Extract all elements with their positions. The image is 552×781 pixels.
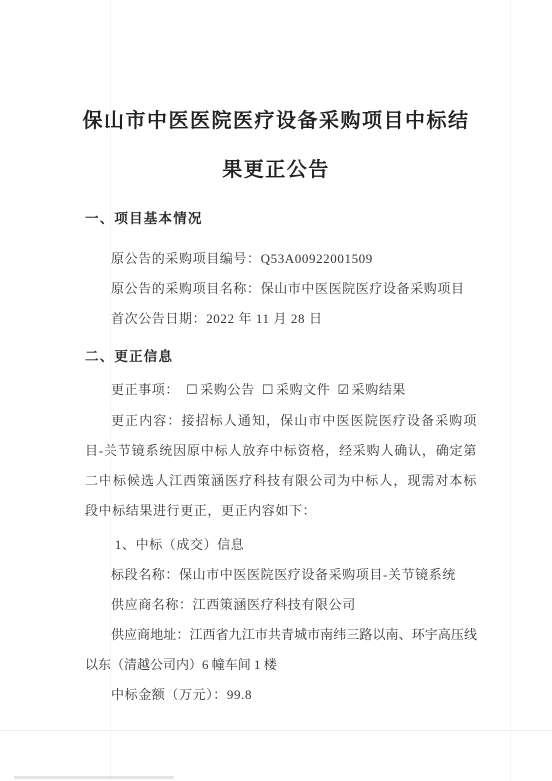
award-info-heading: 1、中标（成交）信息 (85, 530, 477, 560)
ballot-box-checked-icon: ☑ (337, 383, 349, 398)
checkbox-group-procurement-document: ☐采购文件 (262, 382, 331, 397)
correction-item-line: 更正事项：☐采购公告☐采购文件☑采购结果 (85, 375, 477, 406)
checkbox-label-procurement-document: 采购文件 (276, 382, 330, 397)
scan-smudge-artifact (14, 776, 174, 779)
document-body: 一、项目基本情况 原公告的采购项目编号：Q53A00922001509 原公告的… (85, 209, 477, 710)
first-announcement-date-line: 首次公告日期：2022 年 11 月 28 日 (85, 304, 477, 334)
checkbox-label-procurement-announcement: 采购公告 (200, 382, 254, 397)
section-1-details: 原公告的采购项目编号：Q53A00922001509 原公告的采购项目名称：保山… (85, 244, 477, 334)
scan-fold-line-vertical-right (510, 0, 511, 781)
ballot-box-icon: ☐ (186, 383, 198, 398)
section-2-heading: 二、更正信息 (85, 347, 477, 367)
document-page: 保山市中医医院医疗设备采购项目中标结果更正公告 一、项目基本情况 原公告的采购项… (0, 0, 552, 781)
checkbox-group-procurement-result: ☑采购结果 (337, 382, 406, 397)
supplier-name-line: 供应商名称：江西策涵医疗科技有限公司 (85, 590, 477, 620)
scan-fold-line-horizontal (0, 730, 552, 731)
scan-fold-line-vertical-left (110, 0, 111, 781)
ballot-box-icon: ☐ (262, 383, 274, 398)
original-project-number-line: 原公告的采购项目编号：Q53A00922001509 (85, 244, 477, 274)
correction-item-label: 更正事项： (111, 382, 179, 397)
lot-name-line: 标段名称：保山市中医医院医疗设备采购项目-关节镜系统 (85, 560, 477, 590)
checkbox-label-procurement-result: 采购结果 (352, 382, 406, 397)
section-1-heading: 一、项目基本情况 (85, 209, 477, 229)
supplier-address-paragraph: 供应商地址：江西省九江市共青城市南纬三路以南、环宇高压线以东（清越公司内）6 幢… (85, 620, 477, 680)
original-project-name-line: 原公告的采购项目名称：保山市中医医院医疗设备采购项目 (85, 274, 477, 304)
checkbox-group-procurement-announcement: ☐采购公告 (186, 382, 255, 397)
correction-content-paragraph: 更正内容：接招标人通知，保山市中医医院医疗设备采购项目-关节镜系统因原中标人放弃… (85, 406, 477, 526)
document-title: 保山市中医医院医疗设备采购项目中标结果更正公告 (76, 0, 476, 195)
award-amount-line: 中标金额（万元）：99.8 (85, 680, 477, 710)
